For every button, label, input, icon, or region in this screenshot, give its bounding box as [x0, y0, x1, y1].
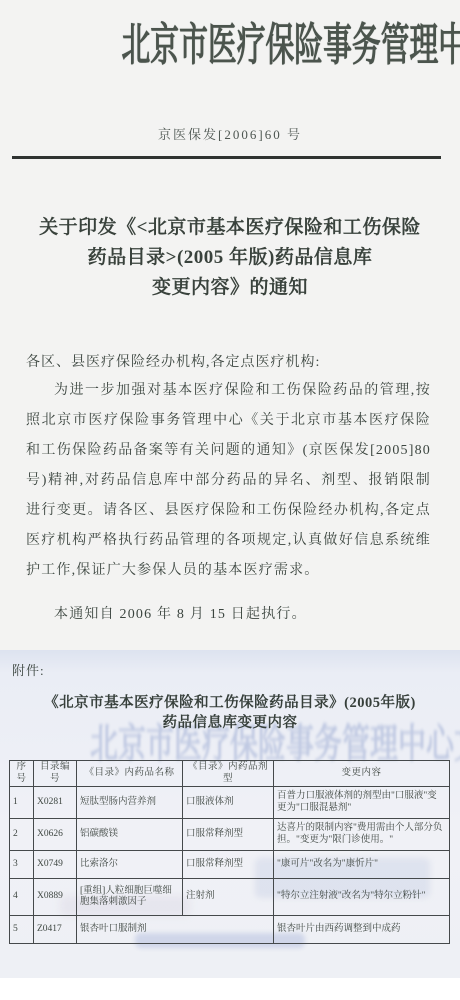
row-number: 1 — [10, 787, 34, 819]
change-content: "特尔立注射液"改名为"特尔立粉针" — [274, 879, 450, 916]
drug-name: 铝碳酸镁 — [77, 819, 183, 851]
table-header-cell: 《目录》内药品剂型 — [183, 761, 274, 787]
drug-form: 口服液体剂 — [183, 787, 274, 819]
table-row: 2X0626铝碳酸镁口服常释剂型达喜片的限制内容"费用需由个人部分负担。"变更为… — [10, 819, 450, 851]
row-number: 2 — [10, 819, 34, 851]
catalog-code: X0749 — [34, 851, 77, 879]
table-row: 5Z0417银杏叶口服制剂银杏叶片由西药调整到中成药 — [10, 916, 450, 944]
row-number: 4 — [10, 879, 34, 916]
notice-title-line: 变更内容》的通知 — [0, 273, 460, 303]
salutation: 各区、县医疗保险经办机构,各定点医疗机构: — [26, 351, 436, 371]
catalog-code: X0281 — [34, 787, 77, 819]
scan-bottom-margin — [0, 978, 460, 1000]
catalog-code: X0626 — [34, 819, 77, 851]
notice-title-line: 关于印发《<北京市基本医疗保险和工伤保险 — [0, 213, 460, 243]
drug-name: 短肽型肠内营养剂 — [77, 787, 183, 819]
letterhead-title: 北京市医疗保险事务管理中心文件 — [122, 14, 460, 76]
drug-form: 注射剂 — [183, 879, 274, 916]
scanned-document: 北京市医疗保险事务管理中心文件 北京市医疗保险事务管理中心文件 京医保发[200… — [0, 0, 460, 1000]
table-row: 4X0889[重组]人粒细胞巨噬细胞集落刺激因子注射剂"特尔立注射液"改名为"特… — [10, 879, 450, 916]
table-header-row: 序号目录编号《目录》内药品名称《目录》内药品剂型变更内容 — [10, 761, 450, 787]
effective-date-paragraph: 本通知自 2006 年 8 月 15 日起执行。 — [26, 600, 431, 630]
row-number: 3 — [10, 851, 34, 879]
change-content: 达喜片的限制内容"费用需由个人部分负担。"变更为"限门诊使用。" — [274, 819, 450, 851]
table-header-cell: 变更内容 — [274, 761, 450, 787]
notice-title-line: 药品目录>(2005 年版)药品信息库 — [0, 243, 460, 273]
table-header-cell: 序号 — [10, 761, 34, 787]
table-header-cell: 目录编号 — [34, 761, 77, 787]
drug-name: 比索洛尔 — [77, 851, 183, 879]
table-header-cell: 《目录》内药品名称 — [77, 761, 183, 787]
letterhead: 北京市医疗保险事务管理中心文件 — [0, 14, 460, 78]
attachment-title-line1: 《北京市基本医疗保险和工伤保险药品目录》(2005年版) — [0, 691, 460, 712]
row-number: 5 — [10, 916, 34, 944]
document-number: 京医保发[2006]60 号 — [0, 124, 460, 143]
catalog-code: Z0417 — [34, 916, 77, 944]
catalog-code: X0889 — [34, 879, 77, 916]
drug-name: [重组]人粒细胞巨噬细胞集落刺激因子 — [77, 879, 183, 916]
table-row: 3X0749比索洛尔口服常释剂型"康可片"改名为"康忻片" — [10, 851, 450, 879]
notice-title: 关于印发《<北京市基本医疗保险和工伤保险 药品目录>(2005 年版)药品信息库… — [0, 213, 460, 303]
attachment-label: 附件: — [12, 660, 45, 679]
attachment-title-line2: 药品信息库变更内容 — [0, 711, 460, 732]
change-content: "康可片"改名为"康忻片" — [274, 851, 450, 879]
table-row: 1X0281短肽型肠内营养剂口服液体剂百普力口服液体剂的剂型由"口服液"变更为"… — [10, 787, 450, 819]
drug-form: 口服常释剂型 — [183, 851, 274, 879]
change-content: 百普力口服液体剂的剂型由"口服液"变更为"口服混悬剂" — [274, 787, 450, 819]
notice-body-paragraph: 为进一步加强对基本医疗保险和工伤保险药品的管理,按照北京市医疗保险事务管理中心《… — [26, 376, 431, 586]
drug-name: 银杏叶口服制剂 — [77, 916, 274, 944]
attachment-table: 序号目录编号《目录》内药品名称《目录》内药品剂型变更内容 1X0281短肽型肠内… — [9, 760, 450, 944]
change-content: 银杏叶片由西药调整到中成药 — [274, 916, 450, 944]
drug-form: 口服常释剂型 — [183, 819, 274, 851]
letterhead-divider — [12, 156, 441, 159]
